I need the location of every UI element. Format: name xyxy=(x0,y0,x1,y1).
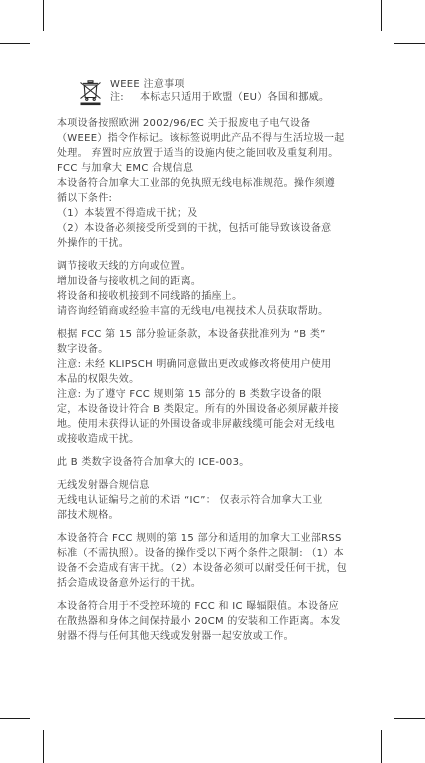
doc-line: 设备不会造成有害干扰。（2）本设备必须可以耐受任何干扰，包 xyxy=(57,561,387,576)
doc-line: 地。使用未获得认证的外围设备或非屏蔽线缆可能会对无线电 xyxy=(57,417,387,432)
doc-line: 本设备符合加拿大工业部的免执照无线电标准规范。操作须遵 xyxy=(57,176,387,191)
doc-line: 本设备符合用于不受控环境的 FCC 和 IC 曝辐限值。本设备应 xyxy=(57,599,387,614)
weee-notice-header: WEEE 注意事项 注: 本标志只适用于欧盟（EU）各国和挪威。 xyxy=(79,78,329,106)
crop-mark-bottom-right-horizontal xyxy=(394,718,425,719)
doc-line: 循以下条件: xyxy=(57,191,387,206)
weee-notice-text-block: WEEE 注意事项 注: 本标志只适用于欧盟（EU）各国和挪威。 xyxy=(110,78,329,104)
doc-line: 数字设备。 xyxy=(57,342,387,357)
crop-mark-bottom-left-horizontal xyxy=(0,718,30,719)
doc-line: 标准（不需执照）。设备的操作受以下两个条件之限制: （1）本 xyxy=(57,546,387,561)
doc-line: 将设备和接收机接到不同线路的插座上。 xyxy=(57,289,387,304)
paragraph-interference-remedies: 调节接收天线的方向或位置。 增加设备与接收机之间的距离。 将设备和接收机接到不同… xyxy=(57,259,387,319)
doc-line: 处理。 弃置时应放置于适当的设施内使之能回收及重复利用。 xyxy=(57,146,387,161)
paragraph-ice-003: 此 B 类数字设备符合加拿大的 ICE-003。 xyxy=(57,455,387,470)
crop-mark-top-left-horizontal xyxy=(0,43,30,44)
document-page: { "page": { "background_color": "#ffffff… xyxy=(0,0,425,763)
doc-line: 增加设备与接收机之间的距离。 xyxy=(57,274,387,289)
paragraph-weee-fcc-canada: 本项设备按照欧洲 2002/96/EC 关于报废电子电气设备 （WEEE）指令作… xyxy=(57,116,387,251)
doc-line: 本项设备按照欧洲 2002/96/EC 关于报废电子电气设备 xyxy=(57,116,387,131)
doc-line: 定，本设备设计符合 B 类限定。所有的外围设备必须屏蔽并接 xyxy=(57,402,387,417)
weee-notice-title: WEEE 注意事项 xyxy=(110,78,329,91)
weee-crossed-out-bin-icon xyxy=(79,80,102,106)
doc-line: FCC 与加拿大 EMC 合规信息 xyxy=(57,161,387,176)
doc-line: （2）本设备必须接受所受到的干扰，包括可能导致该设备意 xyxy=(57,221,387,236)
doc-line: 本品的权限失效。 xyxy=(57,372,387,387)
crop-mark-bottom-right-vertical xyxy=(381,730,382,763)
doc-line: 根据 FCC 第 15 部分验证条款，本设备获批准列为 “B 类” xyxy=(57,327,387,342)
doc-line: 本设备符合 FCC 规则的第 15 部分和适用的加拿大工业部RSS xyxy=(57,531,387,546)
doc-line: 在散热器和身体之间保持最小 20CM 的安装和工作距离。本发 xyxy=(57,614,387,629)
crop-mark-top-right-vertical xyxy=(381,0,382,31)
crop-mark-top-right-horizontal xyxy=(394,43,425,44)
doc-line: 或接收造成干扰。 xyxy=(57,432,387,447)
doc-line: 注意: 未经 KLIPSCH 明确同意做出更改或修改将使用户使用 xyxy=(57,357,387,372)
doc-line: 无线发射器合规信息 xyxy=(57,478,387,493)
doc-line: （1）本装置不得造成干扰；及 xyxy=(57,206,387,221)
paragraph-wireless-transmitter: 无线发射器合规信息 无线电认证编号之前的术语 “IC”： 仅表示符合加拿大工业 … xyxy=(57,478,387,523)
doc-line: 射器不得与任何其他天线或发射器一起安放或工作。 xyxy=(57,629,387,644)
doc-line: 调节接收天线的方向或位置。 xyxy=(57,259,387,274)
paragraph-fcc-class-b: 根据 FCC 第 15 部分验证条款，本设备获批准列为 “B 类” 数字设备。 … xyxy=(57,327,387,447)
doc-line: （WEEE）指令作标记。该标签说明此产品不得与生活垃圾一起 xyxy=(57,131,387,146)
crop-mark-top-left-vertical xyxy=(43,0,44,31)
weee-note-label: 注: xyxy=(110,91,140,104)
document-body: 本项设备按照欧洲 2002/96/EC 关于报废电子电气设备 （WEEE）指令作… xyxy=(57,116,387,644)
doc-line: 无线电认证编号之前的术语 “IC”： 仅表示符合加拿大工业 xyxy=(57,493,387,508)
doc-line: 括会造成设备意外运行的干扰。 xyxy=(57,576,387,591)
doc-line: 此 B 类数字设备符合加拿大的 ICE-003。 xyxy=(57,455,387,470)
doc-line: 外操作的干扰。 xyxy=(57,236,387,251)
doc-line: 部技术规格。 xyxy=(57,508,387,523)
paragraph-rss-license-exempt: 本设备符合 FCC 规则的第 15 部分和适用的加拿大工业部RSS 标准（不需执… xyxy=(57,531,387,591)
doc-line: 注意: 为了遵守 FCC 规则第 15 部分的 B 类数字设备的限 xyxy=(57,387,387,402)
paragraph-rf-exposure: 本设备符合用于不受控环境的 FCC 和 IC 曝辐限值。本设备应 在散热器和身体… xyxy=(57,599,387,644)
doc-line: 请咨询经销商或经验丰富的无线电/电视技术人员获取帮助。 xyxy=(57,304,387,319)
crop-mark-bottom-left-vertical xyxy=(43,730,44,763)
weee-notice-note: 注: 本标志只适用于欧盟（EU）各国和挪威。 xyxy=(110,91,329,104)
weee-note-text: 本标志只适用于欧盟（EU）各国和挪威。 xyxy=(140,91,329,104)
